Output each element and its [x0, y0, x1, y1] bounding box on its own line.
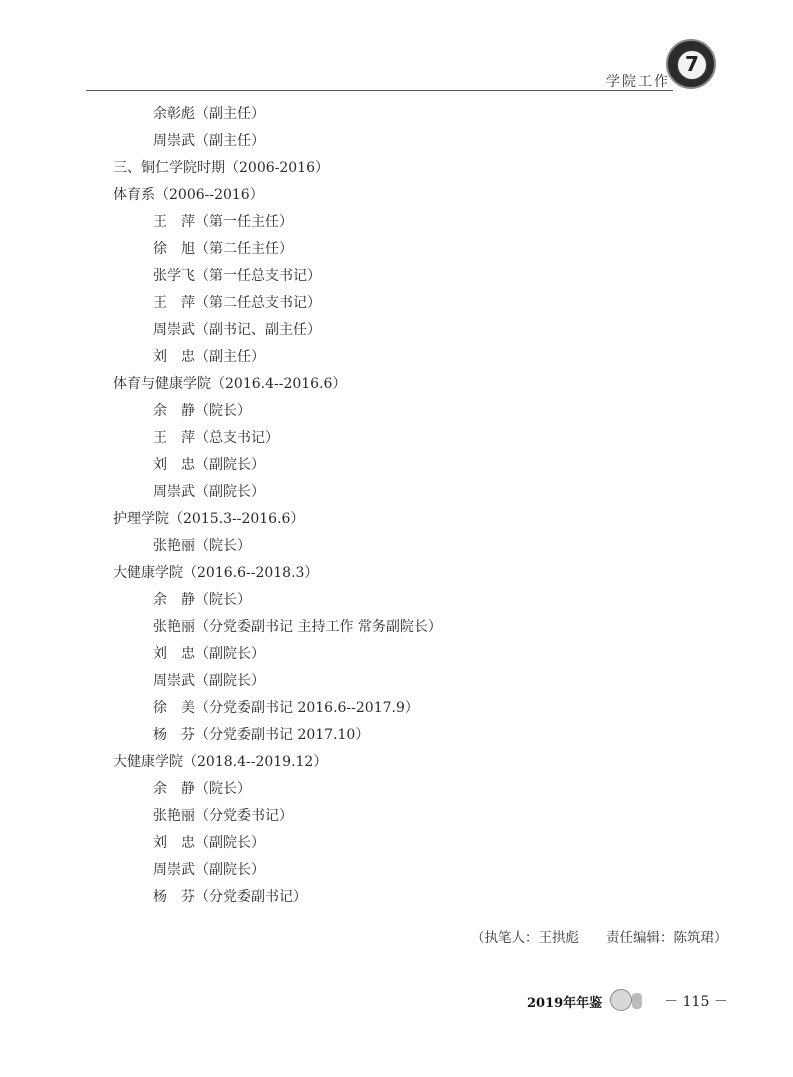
list-item: 周崇武（副书记、副主任）	[113, 317, 733, 344]
list-item: 周崇武（副院长）	[113, 857, 733, 884]
staff-list: 余彰彪（副主任） 周崇武（副主任） 三、铜仁学院时期（2006-2016） 体育…	[113, 101, 733, 911]
list-item: 杨 芬（分党委副书记）	[113, 884, 733, 911]
department-heading: 大健康学院（2016.6--2018.3）	[113, 560, 733, 587]
list-item: 徐 美（分党委副书记 2016.6--2017.9）	[113, 695, 733, 722]
list-item: 王 萍（第一任主任）	[113, 209, 733, 236]
header-rule	[86, 90, 673, 91]
section-title: 学院工作	[606, 71, 670, 91]
list-item: 张艳丽（分党委副书记 主持工作 常务副院长）	[113, 614, 733, 641]
section-heading: 三、铜仁学院时期（2006-2016）	[113, 155, 733, 182]
department-heading: 护理学院（2015.3--2016.6）	[113, 506, 733, 533]
list-item: 刘 忠（副院长）	[113, 830, 733, 857]
list-item: 王 萍（总支书记）	[113, 425, 733, 452]
department-heading: 体育系（2006--2016）	[113, 182, 733, 209]
list-item: 徐 旭（第二任主任）	[113, 236, 733, 263]
yearbook-mascot-icon	[608, 989, 648, 1013]
list-item: 周崇武（副主任）	[113, 128, 733, 155]
author-credit: （执笔人：王拱彪 责任编辑：陈筑珺）	[471, 926, 728, 946]
page-footer: 2019年年鉴 － 115 －	[527, 988, 728, 1014]
list-item: 周崇武（副院长）	[113, 479, 733, 506]
list-item: 余彰彪（副主任）	[113, 101, 733, 128]
list-item: 张艳丽（院长）	[113, 533, 733, 560]
list-item: 刘 忠（副院长）	[113, 452, 733, 479]
list-item: 张艳丽（分党委书记）	[113, 803, 733, 830]
university-emblem-icon: 7	[666, 39, 716, 89]
department-heading: 大健康学院（2018.4--2019.12）	[113, 749, 733, 776]
list-item: 余 静（院长）	[113, 398, 733, 425]
page-number: － 115 －	[664, 991, 728, 1011]
list-item: 张学飞（第一任总支书记）	[113, 263, 733, 290]
list-item: 杨 芬（分党委副书记 2017.10）	[113, 722, 733, 749]
list-item: 余 静（院长）	[113, 587, 733, 614]
department-heading: 体育与健康学院（2016.4--2016.6）	[113, 371, 733, 398]
yearbook-label: 2019年年鉴	[527, 992, 602, 1011]
list-item: 刘 忠（副主任）	[113, 344, 733, 371]
list-item: 周崇武（副院长）	[113, 668, 733, 695]
list-item: 余 静（院长）	[113, 776, 733, 803]
list-item: 刘 忠（副院长）	[113, 641, 733, 668]
list-item: 王 萍（第二任总支书记）	[113, 290, 733, 317]
